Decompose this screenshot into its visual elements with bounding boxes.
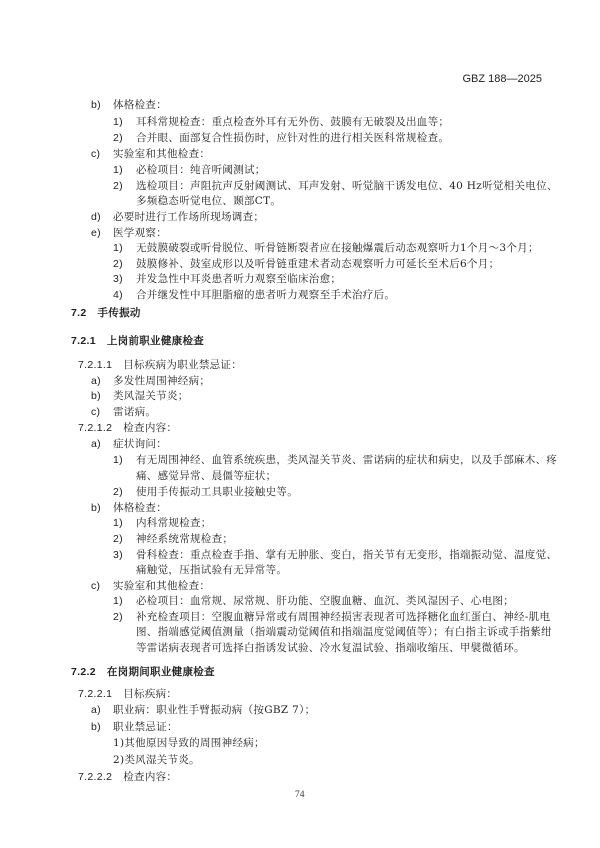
list-marker: b) (91, 501, 101, 515)
list-item-text: 职业禁忌证： (113, 720, 178, 734)
section-heading-7_2_2: 7.2.2在岗期间职业健康检查 (71, 665, 215, 679)
list-item-text: 实验室和其他检查： (113, 579, 210, 593)
section-title: 目标疾病： (123, 688, 177, 700)
section-title: 目标疾病为职业禁忌证： (123, 359, 242, 371)
list-marker: e) (91, 226, 101, 240)
list-item-text: 骨科检查：重点检查手指、掌有无肿胀、变白，指关节有无变形，指端振动觉、温度觉、 (136, 548, 557, 562)
list-marker: a) (91, 437, 101, 451)
list-item-text: 等雷诺病表现者可选择白指诱发试验、冷水复温试验、指端收缩压、甲襞微循环。 (136, 641, 525, 655)
list-item-text: 实验室和其他检查： (113, 147, 210, 161)
list-item-text: 内科常规检查； (136, 516, 212, 530)
list-marker: 2) (113, 610, 123, 624)
list-marker: d) (91, 210, 101, 224)
list-item-text: 必检项目：血常规、尿常规、肝功能、空腹血糖、血沉、类风湿因子、心电图； (136, 594, 514, 608)
list-marker: 1) (113, 594, 123, 608)
list-item-text: 痛、感觉异常、晨僵等症状； (136, 469, 276, 483)
section-number: 7.2.1.1 (78, 358, 112, 372)
list-marker: c) (91, 147, 100, 161)
list-marker: 1) (113, 453, 123, 467)
list-item-text: 体格检查： (113, 98, 167, 112)
list-item-text: 职业病：职业性手臂振动病（按GBZ 7）； (113, 703, 315, 717)
section-number: 7.2.1 (71, 334, 96, 348)
list-marker: b) (91, 389, 101, 403)
clause-7-2-1-1: 7.2.1.1目标疾病为职业禁忌证： (78, 358, 242, 372)
section-number: 7.2.2.1 (78, 687, 112, 701)
section-title: 手传振动 (98, 307, 141, 319)
list-item-text: 有无周围神经、血管系统疾患，类风湿关节炎、雷诺病的症状和病史，以及手部麻木、疼 (136, 453, 557, 467)
list-marker: 1) (113, 516, 123, 530)
clause-7-2-1-2: 7.2.1.2检查内容： (78, 421, 177, 435)
list-marker: 3) (113, 272, 123, 286)
list-item-text: 多发性周围神经病； (113, 374, 210, 388)
list-marker: a) (91, 374, 101, 388)
section-title: 上岗前职业健康检查 (107, 335, 204, 347)
list-marker: 2) (113, 131, 123, 145)
section-number: 7.2.1.2 (78, 421, 112, 435)
section-number: 7.2.2.2 (78, 770, 112, 784)
list-item-text: 痛触觉，压指试验有无异常等。 (136, 563, 287, 577)
list-item-text: 鼓膜修补、鼓室成形以及听骨链重建术者动态观察听力可延长至术后6个月； (136, 257, 499, 271)
list-marker: 2) (113, 532, 123, 546)
section-title: 在岗期间职业健康检查 (107, 666, 215, 678)
document-header-id: GBZ 188—2025 (463, 73, 543, 85)
list-item-text: 耳科常规检查：重点检查外耳有无外伤、鼓膜有无破裂及出血等； (136, 115, 449, 129)
list-item-text: 类风湿关节炎； (113, 389, 189, 403)
section-heading-7_2: 7.2手传振动 (71, 306, 141, 320)
list-item-text: 2)类风湿关节炎。 (113, 753, 200, 767)
list-item-text: 补充检查项目：空腹血糖异常或有周围神经损害表现者可选择糖化血红蛋白、神经-肌电 (136, 610, 550, 624)
list-item-text: 使用手传振动工具职业接触史等。 (136, 485, 298, 499)
list-item-text: 并发急性中耳炎患者听力观察至临床治愈； (136, 272, 341, 286)
list-item-text: 合并继发性中耳胆脂瘤的患者听力观察至手术治疗后。 (136, 288, 395, 302)
list-marker: a) (91, 703, 101, 717)
list-marker: 1) (113, 241, 123, 255)
section-title: 检查内容： (123, 422, 177, 434)
section-number: 7.2 (71, 306, 87, 320)
list-item-text: 图、指端感觉阈值测量（指端震动觉阈值和指端温度觉阈值等）；有白指主诉或手指紫绀 (136, 625, 552, 639)
list-item-text: 雷诺病。 (113, 405, 156, 419)
list-marker: b) (91, 720, 101, 734)
list-marker: b) (91, 98, 101, 112)
list-item-text: 医学观察： (113, 226, 167, 240)
list-marker: c) (91, 579, 100, 593)
clause-7-2-2-1: 7.2.2.1目标疾病： (78, 687, 177, 701)
list-item-text: 体格检查： (113, 501, 167, 515)
list-marker: 2) (113, 179, 123, 193)
section-title: 检查内容： (123, 771, 177, 783)
list-marker: 1) (113, 163, 123, 177)
page-number: 74 (295, 790, 305, 800)
list-item-text: 症状询问： (113, 437, 167, 451)
list-marker: c) (91, 405, 100, 419)
list-marker: 2) (113, 257, 123, 271)
list-item-text: 1)其他原因导致的周围神经病； (113, 736, 265, 750)
list-marker: 4) (113, 288, 123, 302)
list-item-text: 必检项目：纯音听阈测试； (136, 163, 266, 177)
list-marker: 1) (113, 115, 123, 129)
list-item-text: 无鼓膜破裂或听骨脱位、听骨链断裂者应在接触爆震后动态观察听力1个月～3个月； (136, 241, 539, 255)
section-number: 7.2.2 (71, 665, 96, 679)
list-item-text: 合并眼、面部复合性损伤时，应针对性的进行相关医科常规检查。 (136, 131, 449, 145)
list-item-text: 多频稳态听觉电位、颞部CT。 (136, 194, 281, 208)
list-marker: 3) (113, 548, 123, 562)
list-item-text: 必要时进行工作场所现场调查； (113, 210, 264, 224)
list-item-text: 选检项目：声阻抗声反射阈测试、耳声发射、听觉脑干诱发电位、40 Hz听觉相关电位… (136, 179, 558, 193)
clause-7-2-2-2: 7.2.2.2检查内容： (78, 770, 177, 784)
list-marker: 2) (113, 485, 123, 499)
list-item-text: 神经系统常规检查； (136, 532, 233, 546)
section-heading-7_2_1: 7.2.1上岗前职业健康检查 (71, 334, 204, 348)
